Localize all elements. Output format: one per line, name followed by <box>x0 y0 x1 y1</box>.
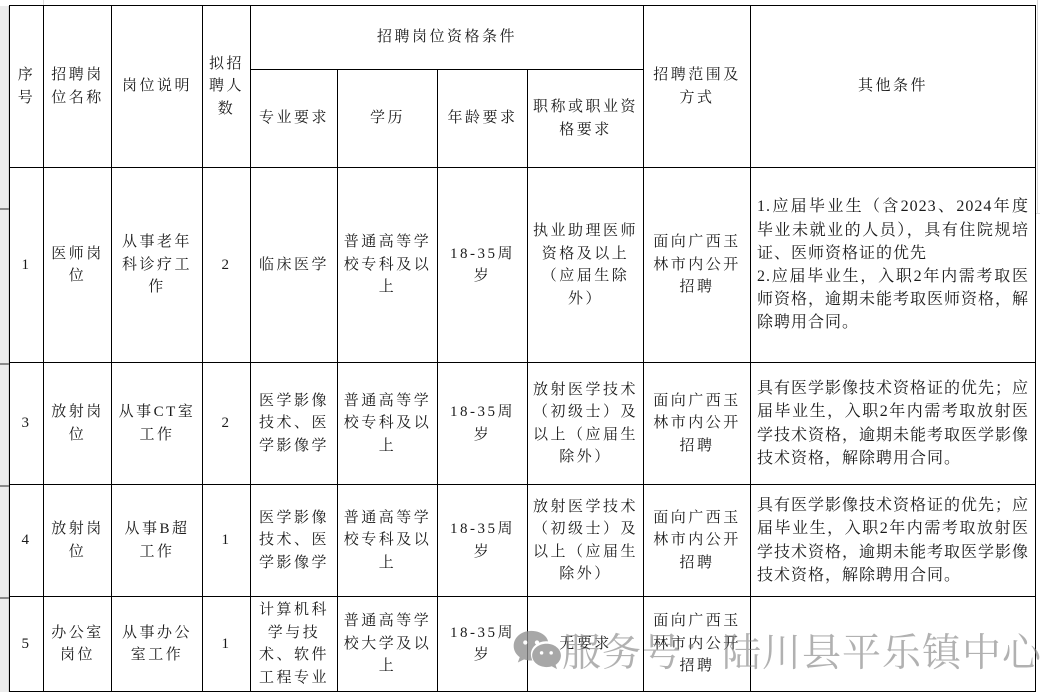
cell-age: 18-35周岁 <box>438 168 528 363</box>
cell-scope: 面向广西玉林市内公开招聘 <box>644 485 751 597</box>
cell-title-requirement: 放射医学技术（初级士）及以上（应届生除外） <box>528 363 644 485</box>
cell-scope: 面向广西玉林市内公开招聘 <box>644 597 751 692</box>
cell-title-requirement: 无要求 <box>528 597 644 692</box>
header-position-name: 招聘岗位名称 <box>44 6 112 168</box>
table-row: 1 医师岗位 从事老年科诊疗工作 2 临床医学 普通高等学校专科及以上 18-3… <box>10 168 1036 363</box>
cell-seq: 5 <box>10 597 44 692</box>
cell-education: 普通高等学校大学及以上 <box>338 597 438 692</box>
header-position-desc: 岗位说明 <box>112 6 203 168</box>
recruitment-table: 序号 招聘岗位名称 岗位说明 拟招聘人数 招聘岗位资格条件 招聘范围及方式 其他… <box>9 5 1036 692</box>
header-qualification-group: 招聘岗位资格条件 <box>251 6 644 70</box>
cell-other: 具有医学影像技术资格证的优先；应届毕业生，入职2年内需考取放射医学技术资格，逾期… <box>751 363 1036 485</box>
cell-education: 普通高等学校专科及以上 <box>338 485 438 597</box>
cell-other <box>751 597 1036 692</box>
cell-title-requirement: 执业助理医师资格及以上（应届生除外） <box>528 168 644 363</box>
cell-count: 1 <box>203 485 251 597</box>
cell-seq: 1 <box>10 168 44 363</box>
cell-desc: 从事CT室工作 <box>112 363 203 485</box>
table-row: 4 放射岗位 从事B超工作 1 医学影像技术、医学影像学 普通高等学校专科及以上… <box>10 485 1036 597</box>
cell-age: 18-35周岁 <box>438 597 528 692</box>
page-canvas: 序号 招聘岗位名称 岗位说明 拟招聘人数 招聘岗位资格条件 招聘范围及方式 其他… <box>0 0 1040 692</box>
cell-position: 放射岗位 <box>44 363 112 485</box>
cell-age: 18-35周岁 <box>438 485 528 597</box>
header-title-requirement: 职称或职业资格要求 <box>528 70 644 168</box>
spreadsheet-gridline <box>0 363 9 365</box>
cell-seq: 4 <box>10 485 44 597</box>
table-row: 5 办公室岗位 从事办公室工作 1 计算机科学与技术、软件工程专业 普通高等学校… <box>10 597 1036 692</box>
cell-count: 2 <box>203 168 251 363</box>
cell-position: 放射岗位 <box>44 485 112 597</box>
header-headcount: 拟招聘人数 <box>203 6 251 168</box>
table-row: 3 放射岗位 从事CT室工作 2 医学影像技术、医学影像学 普通高等学校专科及以… <box>10 363 1036 485</box>
cell-major: 医学影像技术、医学影像学 <box>251 363 338 485</box>
cell-education: 普通高等学校专科及以上 <box>338 363 438 485</box>
cell-other: 具有医学影像技术资格证的优先；应届毕业生，入职2年内需考取放射医学技术资格，逾期… <box>751 485 1036 597</box>
spreadsheet-row-gutter <box>0 6 9 692</box>
header-scope: 招聘范围及方式 <box>644 6 751 168</box>
spreadsheet-gridline <box>0 485 9 487</box>
cell-scope: 面向广西玉林市内公开招聘 <box>644 363 751 485</box>
cell-major: 医学影像技术、医学影像学 <box>251 485 338 597</box>
cell-position: 办公室岗位 <box>44 597 112 692</box>
cell-position: 医师岗位 <box>44 168 112 363</box>
cell-seq: 3 <box>10 363 44 485</box>
cell-age: 18-35周岁 <box>438 363 528 485</box>
spreadsheet-gridline <box>0 597 9 599</box>
cell-major: 计算机科学与技术、软件工程专业 <box>251 597 338 692</box>
cell-desc: 从事B超工作 <box>112 485 203 597</box>
spreadsheet-gridline <box>1037 0 1038 213</box>
cell-other: 1.应届毕业生（含2023、2024年度毕业未就业的人员），具有住院规培证、医师… <box>751 168 1036 363</box>
header-education: 学历 <box>338 70 438 168</box>
cell-desc: 从事办公室工作 <box>112 597 203 692</box>
cell-major: 临床医学 <box>251 168 338 363</box>
cell-scope: 面向广西玉林市内公开招聘 <box>644 168 751 363</box>
cell-desc: 从事老年科诊疗工作 <box>112 168 203 363</box>
header-other: 其他条件 <box>751 6 1036 168</box>
cell-count: 1 <box>203 597 251 692</box>
spreadsheet-gridline <box>0 208 9 210</box>
header-age: 年龄要求 <box>438 70 528 168</box>
cell-education: 普通高等学校专科及以上 <box>338 168 438 363</box>
header-seq: 序号 <box>10 6 44 168</box>
cell-title-requirement: 放射医学技术（初级士）及以上（应届生除外） <box>528 485 644 597</box>
cell-count: 2 <box>203 363 251 485</box>
header-major: 专业要求 <box>251 70 338 168</box>
